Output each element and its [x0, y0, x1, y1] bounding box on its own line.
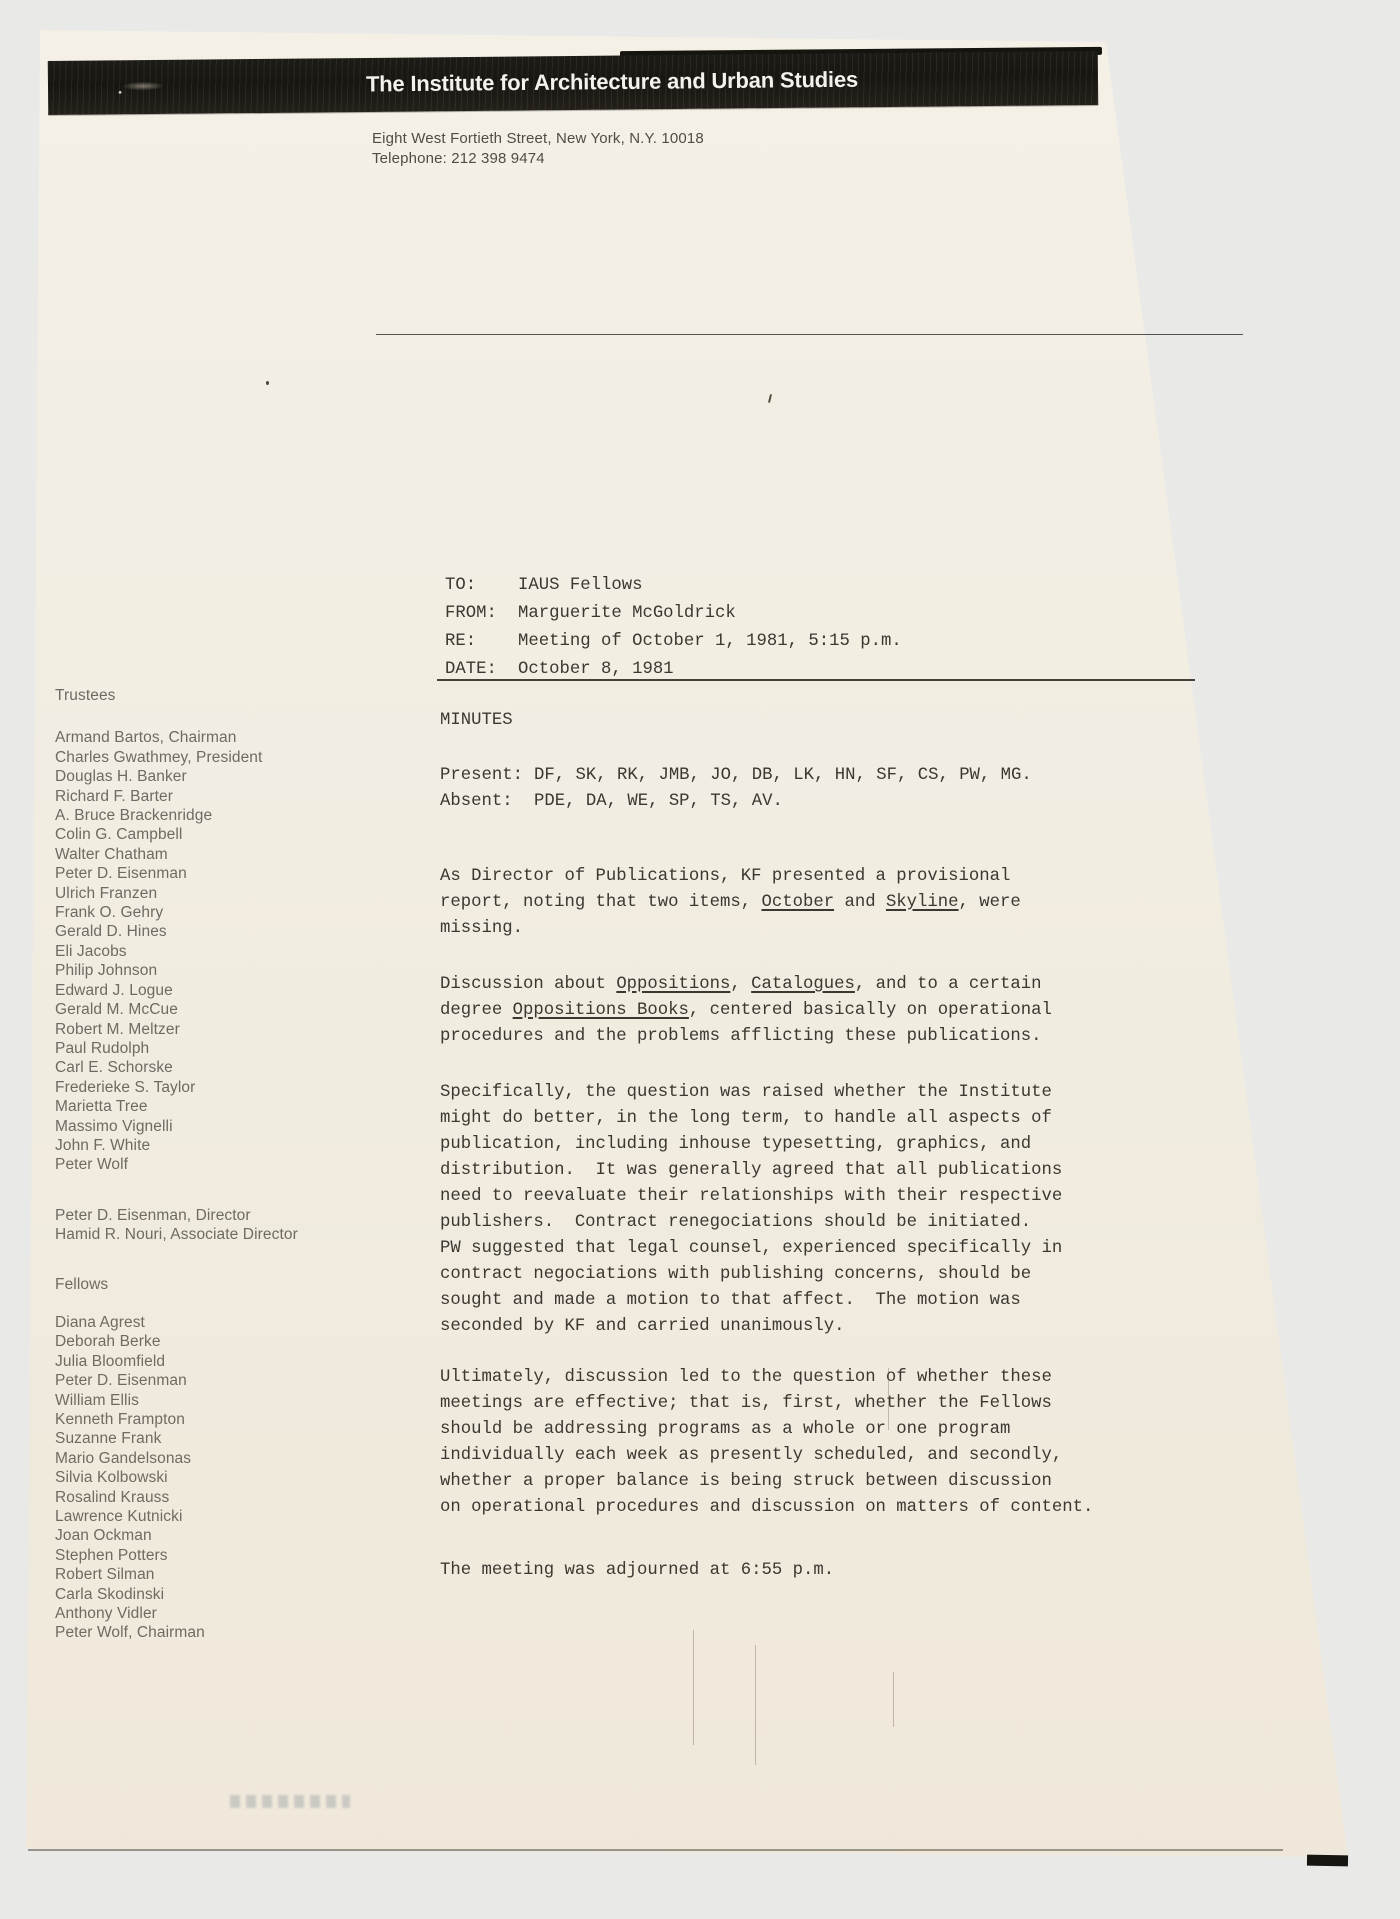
attendance-row: Present:DF, SK, RK, JMB, JO, DB, LK, HN,… — [440, 763, 1140, 789]
fellow-name: Joan Ockman — [55, 1526, 367, 1545]
fellow-name: Suzanne Frank — [55, 1429, 367, 1448]
text-line: should be addressing programs as a whole… — [440, 1417, 1140, 1443]
scanned-memo-page: The Institute for Architecture and Urban… — [0, 0, 1400, 1919]
trustee-name: Peter D. Eisenman — [55, 864, 367, 883]
directors-list: Peter D. Eisenman, DirectorHamid R. Nour… — [55, 1206, 367, 1245]
memo-header: TO:IAUS FellowsFROM:Marguerite McGoldric… — [445, 572, 902, 684]
trustee-name: Douglas H. Banker — [55, 767, 367, 786]
memo-field-label: RE: — [445, 628, 518, 656]
fellow-name: Kenneth Frampton — [55, 1410, 367, 1429]
text-line: report, noting that two items, October a… — [440, 890, 1140, 916]
fellow-name: Robert Silman — [55, 1565, 367, 1584]
memo-header-row: RE:Meeting of October 1, 1981, 5:15 p.m. — [445, 628, 902, 656]
text-line: on operational procedures and discussion… — [440, 1495, 1140, 1521]
fellow-name: William Ellis — [55, 1391, 367, 1410]
trustee-name: A. Bruce Brackenridge — [55, 806, 367, 825]
text-line: seconded by KF and carried unanimously. — [440, 1314, 1140, 1340]
trustee-name: Frank O. Gehry — [55, 903, 367, 922]
attendance-row: Absent:PDE, DA, WE, SP, TS, AV. — [440, 789, 1140, 815]
fellow-name: Julia Bloomfield — [55, 1352, 367, 1371]
text-line: Discussion about Oppositions, Catalogues… — [440, 972, 1140, 998]
trustees-heading: Trustees — [55, 686, 367, 705]
fellow-name: Rosalind Krauss — [55, 1488, 367, 1507]
attendance-label: Absent: — [440, 789, 534, 815]
memo-field-label: TO: — [445, 572, 518, 600]
scan-artifact-scratch — [693, 1630, 694, 1745]
trustee-name: Robert M. Meltzer — [55, 1020, 367, 1039]
text-line: procedures and the problems afflicting t… — [440, 1024, 1140, 1050]
trustee-name: Massimo Vignelli — [55, 1117, 367, 1136]
memo-header-row: TO:IAUS Fellows — [445, 572, 902, 600]
memo-paragraph: Discussion about Oppositions, Catalogues… — [440, 972, 1140, 1050]
memo-field-value: IAUS Fellows — [518, 576, 642, 595]
text-line: missing. — [440, 916, 1140, 942]
fellow-name: Lawrence Kutnicki — [55, 1507, 367, 1526]
trustee-name: Peter Wolf — [55, 1155, 367, 1174]
scan-artifact-scratch — [888, 1368, 889, 1430]
text-line: publishers. Contract renegociations shou… — [440, 1210, 1140, 1236]
text-line: Specifically, the question was raised wh… — [440, 1080, 1140, 1106]
text-line: As Director of Publications, KF presente… — [440, 864, 1140, 890]
phone-line: Telephone: 212 398 9474 — [372, 149, 704, 169]
trustee-name: Charles Gwathmey, President — [55, 748, 367, 767]
address-line: Eight West Fortieth Street, New York, N.… — [372, 129, 704, 149]
text-line: PW suggested that legal counsel, experie… — [440, 1236, 1140, 1262]
memo-paragraph: Ultimately, discussion led to the questi… — [440, 1365, 1140, 1521]
memo-header-row: FROM:Marguerite McGoldrick — [445, 600, 902, 628]
trustee-name: Marietta Tree — [55, 1097, 367, 1116]
scan-artifact-corner-mark — [1307, 1855, 1348, 1867]
trustee-name: Colin G. Campbell — [55, 825, 367, 844]
scan-artifact-scratch — [755, 1645, 756, 1765]
fellow-name: Stephen Potters — [55, 1546, 367, 1565]
attendance-label: Present: — [440, 763, 534, 789]
memo-paragraph: As Director of Publications, KF presente… — [440, 864, 1140, 942]
trustee-name: Frederieke S. Taylor — [55, 1078, 367, 1097]
trustee-name: Richard F. Barter — [55, 787, 367, 806]
sidebar: Trustees Armand Bartos, ChairmanCharles … — [55, 686, 367, 1643]
fellow-name: Mario Gandelsonas — [55, 1449, 367, 1468]
trustee-name: Philip Johnson — [55, 961, 367, 980]
memo-field-value: Marguerite McGoldrick — [518, 604, 736, 623]
text-line: Ultimately, discussion led to the questi… — [440, 1365, 1140, 1391]
trustee-name: Paul Rudolph — [55, 1039, 367, 1058]
fellow-name: Peter Wolf, Chairman — [55, 1623, 367, 1642]
text-line: individually each week as presently sche… — [440, 1443, 1140, 1469]
paper-bottom-edge — [28, 1849, 1283, 1851]
letterhead-bar: The Institute for Architecture and Urban… — [48, 51, 1098, 115]
text-line: distribution. It was generally agreed th… — [440, 1158, 1140, 1184]
trustee-name: Walter Chatham — [55, 845, 367, 864]
fellows-list: Diana AgrestDeborah BerkeJulia Bloomfiel… — [55, 1313, 367, 1643]
text-line: whether a proper balance is being struck… — [440, 1469, 1140, 1495]
trustee-name: Eli Jacobs — [55, 942, 367, 961]
fellow-name: Anthony Vidler — [55, 1604, 367, 1623]
date-underline-rule — [437, 679, 1195, 681]
fellows-heading: Fellows — [55, 1275, 367, 1294]
text-line: degree Oppositions Books, centered basic… — [440, 998, 1140, 1024]
trustee-name: Armand Bartos, Chairman — [55, 728, 367, 747]
text-line: need to reevaluate their relationships w… — [440, 1184, 1140, 1210]
fellow-name: Peter D. Eisenman — [55, 1371, 367, 1390]
director-name: Peter D. Eisenman, Director — [55, 1206, 367, 1225]
text-line: contract negociations with publishing co… — [440, 1262, 1140, 1288]
attendance-block: Present:DF, SK, RK, JMB, JO, DB, LK, HN,… — [440, 763, 1140, 815]
text-line: publication, including inhouse typesetti… — [440, 1132, 1140, 1158]
trustee-name: Gerald D. Hines — [55, 922, 367, 941]
trustee-name: Ulrich Franzen — [55, 884, 367, 903]
memo-paragraph: The meeting was adjourned at 6:55 p.m. — [440, 1558, 1140, 1584]
memo-field-value: October 8, 1981 — [518, 660, 674, 679]
memo-body: MINUTES Present:DF, SK, RK, JMB, JO, DB,… — [440, 708, 1140, 1584]
text-line: The meeting was adjourned at 6:55 p.m. — [440, 1558, 1140, 1584]
divider-rule — [376, 334, 1243, 335]
memo-field-label: FROM: — [445, 600, 518, 628]
text-line: sought and made a motion to that affect.… — [440, 1288, 1140, 1314]
trustees-list: Armand Bartos, ChairmanCharles Gwathmey,… — [55, 728, 367, 1174]
fellow-name: Carla Skodinski — [55, 1585, 367, 1604]
attendance-value: PDE, DA, WE, SP, TS, AV. — [534, 792, 783, 811]
fellow-name: Deborah Berke — [55, 1332, 367, 1351]
trustee-name: Carl E. Schorske — [55, 1058, 367, 1077]
scan-artifact-speck — [266, 381, 269, 385]
minutes-heading: MINUTES — [440, 708, 1140, 734]
memo-paragraph: Specifically, the question was raised wh… — [440, 1080, 1140, 1340]
director-name: Hamid R. Nouri, Associate Director — [55, 1225, 367, 1244]
scan-artifact-scratch — [893, 1672, 894, 1727]
fellow-name: Diana Agrest — [55, 1313, 367, 1332]
scan-artifact-ghost-stamp — [230, 1795, 350, 1808]
attendance-value: DF, SK, RK, JMB, JO, DB, LK, HN, SF, CS,… — [534, 766, 1032, 785]
trustee-name: John F. White — [55, 1136, 367, 1155]
letterhead-title: The Institute for Architecture and Urban… — [366, 67, 858, 98]
trustee-name: Edward J. Logue — [55, 981, 367, 1000]
memo-field-value: Meeting of October 1, 1981, 5:15 p.m. — [518, 632, 902, 651]
letterhead-address: Eight West Fortieth Street, New York, N.… — [372, 129, 704, 168]
text-line: might do better, in the long term, to ha… — [440, 1106, 1140, 1132]
trustee-name: Gerald M. McCue — [55, 1000, 367, 1019]
text-line: meetings are effective; that is, first, … — [440, 1391, 1140, 1417]
fellow-name: Silvia Kolbowski — [55, 1468, 367, 1487]
